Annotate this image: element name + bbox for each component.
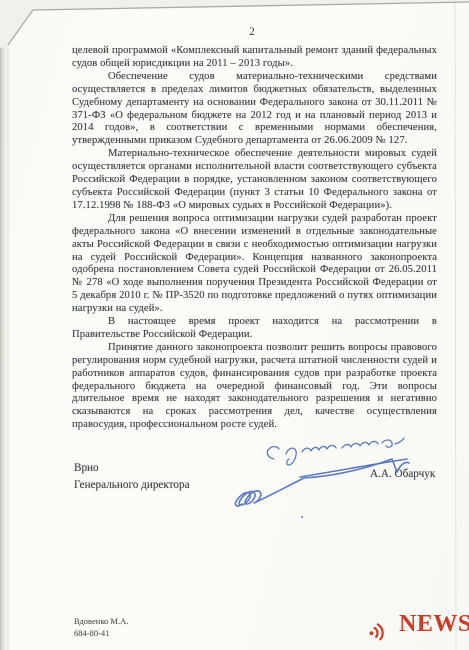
paragraph: В настоящее время проект находится на ра…: [72, 316, 437, 342]
page-number: 2: [72, 26, 432, 38]
signature-strokes: [235, 459, 409, 518]
scanned-letter-page: 2 целевой программой «Комплексный капита…: [0, 0, 469, 650]
executor-phone: 684-80-41: [74, 628, 109, 638]
news-watermark-label: NEWS: [399, 611, 469, 638]
paragraph: Для решения вопроса оптимизации нагрузки…: [72, 213, 437, 316]
signer-position-line2: Генерального директора: [74, 479, 190, 491]
paragraph: Принятие данного законопроекта позволит …: [72, 342, 437, 432]
paragraph: Материально-техническое обеспечение деят…: [72, 148, 437, 213]
sound-waves-icon: [366, 618, 390, 642]
paragraph: Обеспечение судов материально-технически…: [72, 71, 437, 148]
document-body: целевой программой «Комплексный капиталь…: [72, 45, 437, 432]
executor-name: Вдовенко М.А.: [74, 616, 128, 626]
signer-position-line1: Врио: [74, 462, 99, 474]
handwritten-signature: [226, 424, 469, 530]
paragraph: целевой программой «Комплексный капиталь…: [72, 45, 437, 71]
handwritten-note-strokes: [267, 438, 404, 465]
